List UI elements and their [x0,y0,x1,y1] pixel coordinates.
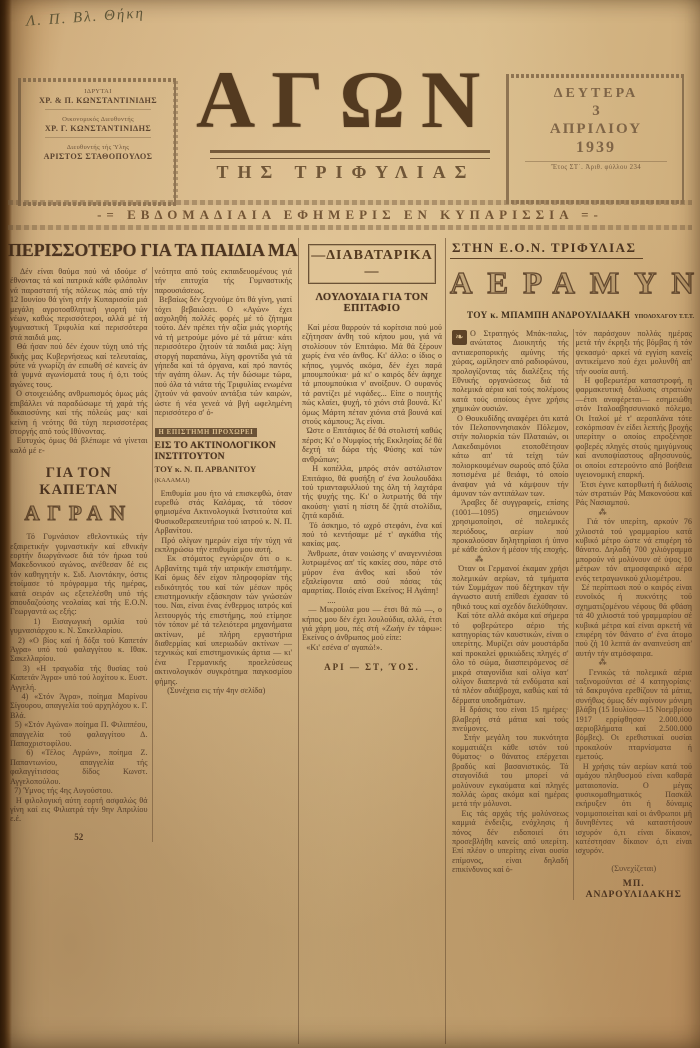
science-byline-name: ΤΟΥ κ. Ν. Π. ΑΡΒΑΝΙΤΟΥ [155,464,257,474]
page-mark: 52 [10,832,148,842]
column-a: Δέν είναι θαύμα πού νά ιδούμε σ' έθνοντα… [8,267,152,842]
content-director-name: ΑΡΙΣΤΟΣ ΣΤΑΘΟΠΟΥΛΟΣ [22,152,174,161]
column-d: ❧ Ο Στρατηγός Μπάκ-παλις, ανώτατος Διοικ… [450,329,573,900]
founders-label: ΙΔΡΥΤΑΙ [22,88,174,95]
science-byline: ΤΟΥ κ. Ν. Π. ΑΡΒΑΝΙΤΟΥ (ΚΑΛΑΜΑΙ) [155,464,293,484]
title-rule [210,150,490,159]
econ-director-label: Οικονομικός Διευθυντής [22,116,174,123]
newspaper-title: ΑΓΩΝ [196,58,496,142]
divider-rule [45,109,151,110]
aeramyna-text-right: τόν παράσχουν πολλάς ημέρας μετά τήν έκρ… [576,329,693,856]
science-article-text: Επιθυμία μου ήτο νά επισκεφθώ, όταν ευρε… [155,489,293,696]
section-diavatarika: —ΔΙΑΒΑΤΑΡΙΚΑ— ΛΟΥΛΟΥΔΙΑ ΓΙΑ ΤΟΝ ΕΠΙΤΑΦΙΟ… [300,238,446,1044]
econ-director-name: ΧΡ. Γ. ΚΩΝΣΤΑΝΤΙΝΙΔΗΣ [22,124,174,133]
science-byline-location: (ΚΑΛΑΜΑΙ) [155,477,190,484]
left-columns: Δέν είναι θαύμα πού νά ιδούμε σ' έθνοντα… [8,267,296,842]
headline-children: ΠΕΡΙΣΣΟΤΕΡΟ ΓΙΑ ΤΑ ΠΑΙΔΙΑ ΜΑΣ [8,240,296,261]
divider-rule [45,137,151,138]
epitaph-signature: ΑΡΙ — ΣΤ, ΎΟΣ. [302,662,442,672]
aeramyna-columns: ❧ Ο Στρατηγός Μπάκ-παλις, ανώτατος Διοικ… [450,329,696,900]
date-month: ΑΠΡΙΛΙΟΥ [510,121,682,138]
science-kicker: Η ΕΠΙΣΤΗΜΗ ΠΡΟΧΩΡΕΙ [155,428,258,437]
agran-article-text: Τό Γυμνάσιον εθελοντικώς τήν εξαιρετικήν… [10,532,148,824]
issue-info: Ἔτος ΣΤ΄. Ἀριθ. φύλλου 234 [510,164,682,171]
date-year: 1939 [510,139,682,157]
author-signature: ΜΠ. ΑΝΔΡΟΥΛΙΔΑΚΗΣ [576,878,693,900]
epitaph-article-text: Καί μέσα θαρρούν τά κορίτσια πού μού εζή… [302,323,442,652]
column-e: τόν παράσχουν πολλάς ημέρας μετά τήν έκρ… [573,329,697,900]
content-director-label: Διευθυντής τής Ύλης [22,144,174,151]
aeramyna-byline: ΤΟΥ κ. ΜΠΑΜΠΗ ΑΝΔΡΟΥΛΙΔΑΚΗ ΥΠΟΛΟΧΑΓΟΥ Τ.… [452,305,694,323]
date-box: ΔΕΥΤΕΡΑ 3 ΑΠΡΙΛΙΟΥ 1939 Ἔτος ΣΤ΄. Ἀριθ. … [506,74,686,204]
aeramyna-headline: ΑΕΡΑΜΥΝΑ [450,265,696,301]
epitaph-headline: ΛΟΥΛΟΥΔΙΑ ΓΙΑ ΤΟΝ ΕΠΙΤΑΦΙΟ [302,292,442,314]
continued-note: (Συνεχίζεται) [576,864,693,873]
aeramyna-text-left: Ο Στρατηγός Μπάκ-παλις, ανώτατος Διοικητ… [452,329,569,875]
ornament-initial-icon: ❧ [452,330,467,345]
agran-headline-line2: ΑΓΡΑΝ [10,501,148,526]
date-number: 3 [510,103,682,120]
ornament-divider [173,80,178,198]
children-article-continued: νεότητα από τούς εκπαιδευομένους γιά τήν… [155,267,293,418]
handwritten-note: Λ. Π. Βλ. Θήκη [26,0,247,31]
diavatarika-box-title: —ΔΙΑΒΑΤΑΡΙΚΑ— [308,244,436,284]
founders-names: ΧΡ. & Π. ΚΩΝΣΤΑΝΤΙΝΙΔΗΣ [22,96,174,105]
founders-box: ΙΔΡΥΤΑΙ ΧΡ. & Π. ΚΩΝΣΤΑΝΤΙΝΙΔΗΣ Οικονομι… [18,78,178,206]
newspaper-page: Λ. Π. Βλ. Θήκη ΙΔΡΥΤΑΙ ΧΡ. & Π. ΚΩΝΣΤΑΝΤ… [0,0,700,1048]
science-headline: ΕΙΣ ΤΟ ΑΚΤΙΝΟΛΟΓΙΚΟΝ ΙΝΣΤΙΤΟΥΤΟΝ [155,440,293,462]
weekly-banner: -= ΕΒΔΟΜΑΔΙΑΙΑ ΕΦΗΜΕΡΙΣ ΕΝ ΚΥΠΑΡΙΣΣΙΑ =- [8,200,692,230]
divider-rule [525,161,666,162]
aeramyna-byline-rank: ΥΠΟΛΟΧΑΓΟΥ Τ.Τ.Τ. [634,314,694,320]
newspaper-subtitle: ΤΗΣ ΤΡΙΦΥΛΙΑΣ [196,162,496,183]
agran-headline-line1: ΓΙΑ ΤΟΝ ΚΑΠΕΤΑΝ [10,465,148,499]
children-article-text: Δέν είναι θαύμα πού νά ιδούμε σ' έθνοντα… [10,267,148,455]
column-b: νεότητα από τούς εκπαιδευομένους γιά τήν… [152,267,297,842]
eon-kicker: ΣΤΗΝ Ε.Ο.Ν. ΤΡΙΦΥΛΙΑΣ [450,240,643,259]
agran-headline: ΓΙΑ ΤΟΝ ΚΑΠΕΤΑΝ ΑΓΡΑΝ [10,465,148,526]
date-day: ΔΕΥΤΕΡΑ [510,86,682,102]
section-aeramyna: ΣΤΗΝ Ε.Ο.Ν. ΤΡΙΦΥΛΙΑΣ ΑΕΡΑΜΥΝΑ ΤΟΥ κ. ΜΠ… [448,238,696,1044]
section-children-article: ΠΕΡΙΣΣΟΤΕΡΟ ΓΙΑ ΤΑ ΠΑΙΔΙΑ ΜΑΣ Δέν είναι … [8,238,299,1044]
aeramyna-byline-name: ΤΟΥ κ. ΜΠΑΜΠΗ ΑΝΔΡΟΥΛΙΔΑΚΗ [467,311,630,321]
